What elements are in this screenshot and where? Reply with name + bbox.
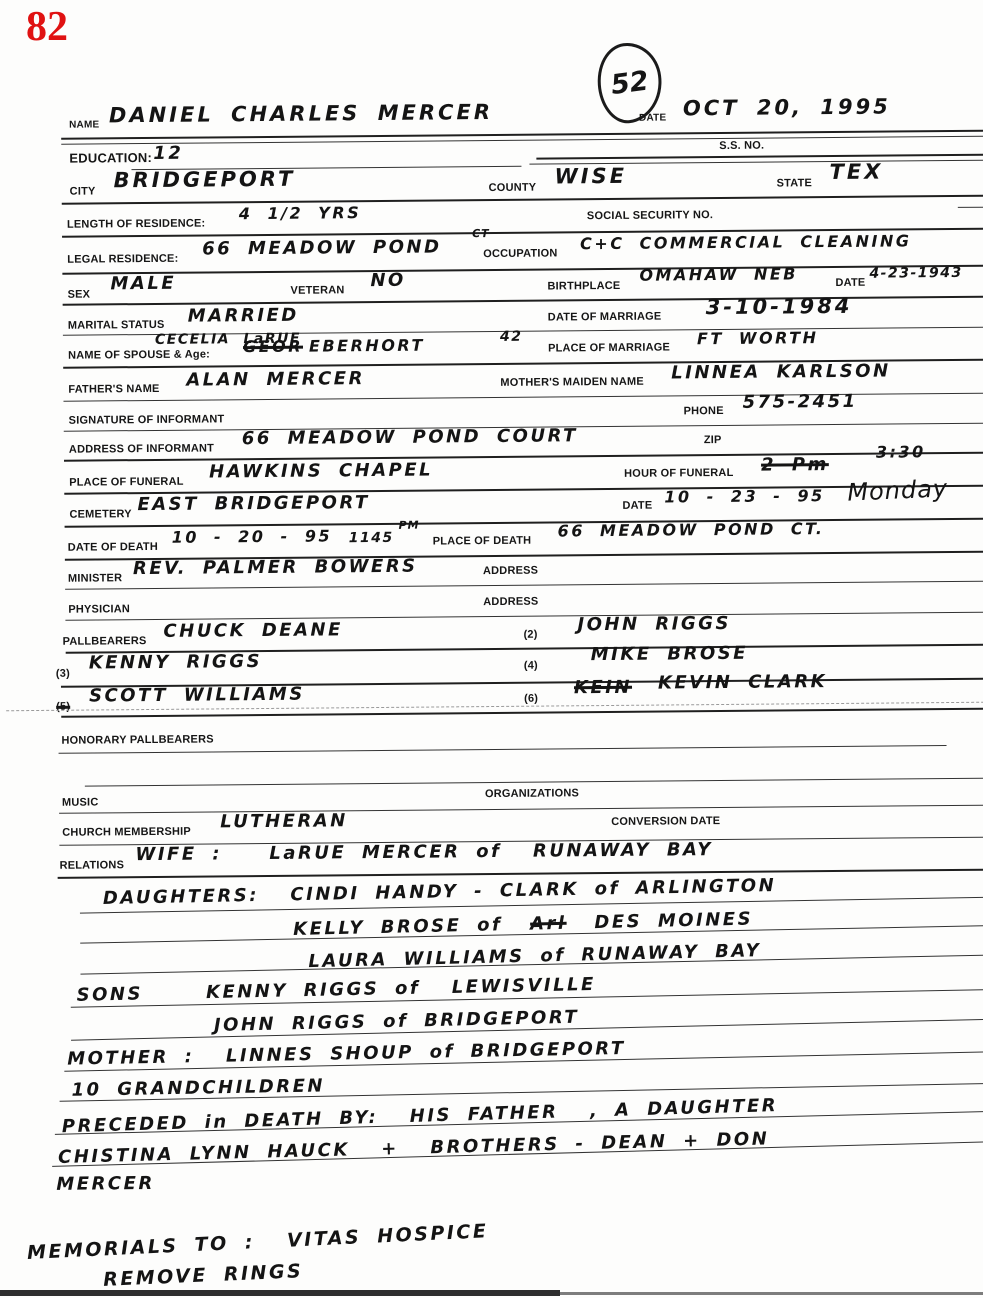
residence-length-label: LENGTH OF RESIDENCE:	[67, 219, 206, 231]
birthplace-label: BIRTHPLACE	[547, 281, 620, 293]
cemetery-label: CEMETERY	[69, 509, 131, 521]
mother-maiden-label: MOTHER'S MAIDEN NAME	[500, 377, 644, 389]
pallbearer-2-value: JOHN RIGGS	[577, 615, 731, 634]
scan-artifact	[958, 207, 983, 208]
death-date-value: 10 - 20 - 95	[172, 528, 332, 545]
relation-line-struck: Arl	[530, 913, 567, 935]
scanned-funeral-record: 82 52 NAME DANIEL CHARLES MERCER DATE OC…	[0, 0, 983, 1298]
legal-residence-value: 66 MEADOW POND	[202, 238, 441, 258]
funeral-date-value: 10 - 23 - 95	[664, 488, 824, 505]
phone-value: 575-2451	[742, 393, 857, 412]
ruled-line	[62, 195, 983, 205]
organizations-label: ORGANIZATIONS	[485, 788, 579, 800]
name-label: NAME	[69, 120, 99, 130]
pallbearer-4-value: MIKE BROSE	[591, 645, 748, 664]
circled-number-text: 52	[609, 65, 650, 101]
state-label: STATE	[777, 178, 813, 189]
education-value: 12	[153, 145, 183, 163]
spouse-struck-value: GEOR	[243, 339, 303, 356]
county-value: WISE	[554, 166, 627, 188]
relation-line: JOHN RIGGS of BRIDGEPORT	[214, 1009, 580, 1035]
zip-label: ZIP	[704, 435, 722, 446]
funeral-place-value: HAWKINS CHAPEL	[209, 462, 433, 482]
father-name-value: ALAN MERCER	[186, 370, 365, 390]
spouse-label: NAME OF SPOUSE & Age:	[68, 349, 210, 361]
birthdate-label: DATE	[835, 278, 865, 289]
ruled-line	[59, 745, 947, 754]
informant-address-label: ADDRESS OF INFORMANT	[69, 443, 214, 455]
social-security-label: SOCIAL SECURITY NO.	[587, 210, 713, 222]
honorary-pallbearers-label: HONORARY PALLBEARERS	[61, 734, 213, 746]
conversion-date-label: CONVERSION DATE	[611, 816, 720, 828]
ruled-line	[65, 612, 983, 621]
scan-edge-bar	[0, 1290, 560, 1296]
church-membership-label: CHURCH MEMBERSHIP	[62, 827, 191, 839]
form-body: 52 NAME DANIEL CHARLES MERCER DATE OCT 2…	[0, 0, 983, 1298]
education-label: EDUCATION:	[69, 151, 152, 165]
relation-line: MERCER	[56, 1175, 155, 1194]
ruled-line	[65, 581, 983, 590]
pallbearer-3-value: KENNY RIGGS	[89, 653, 262, 673]
death-date-label: DATE OF DEATH	[68, 542, 158, 554]
pallbearer-1-value: CHUCK DEANE	[163, 621, 342, 641]
minister-value: REV. PALMER BOWERS	[133, 558, 418, 578]
marriage-date-label: DATE OF MARRIAGE	[548, 312, 662, 324]
music-label: MUSIC	[62, 797, 99, 808]
ruled-line	[536, 154, 983, 160]
name-value: DANIEL CHARLES MERCER	[109, 102, 493, 126]
mother-maiden-value: LINNEA KARLSON	[671, 363, 890, 383]
pallbearer-5-number: (5)	[56, 702, 70, 713]
ruled-line	[65, 518, 983, 528]
city-label: CITY	[70, 186, 96, 197]
date-label: DATE	[639, 113, 666, 123]
relations-label: RELATIONS	[59, 860, 124, 872]
occupation-label: OCCUPATION	[483, 248, 557, 260]
legal-residence-superscript: CT	[472, 228, 490, 239]
pallbearer-6-struck-value: KEIN	[574, 679, 632, 698]
county-label: COUNTY	[489, 183, 537, 194]
pallbearer-2-number: (2)	[523, 630, 537, 641]
funeral-hour-value: 3:30	[876, 444, 926, 460]
funeral-hour-struck-value: 2 Pm	[761, 456, 829, 475]
church-membership-value: LUTHERAN	[220, 812, 348, 831]
ruled-line	[58, 869, 983, 879]
sex-value: MALE	[110, 275, 176, 294]
veteran-label: VETERAN	[290, 285, 344, 296]
sex-label: SEX	[68, 290, 91, 301]
residence-length-value: 4 1/2 YRS	[239, 205, 361, 222]
spouse-value: EBERHORT	[309, 338, 425, 355]
city-value: BRIDGEPORT	[113, 169, 295, 192]
occupation-value: C+C COMMERCIAL CLEANING	[580, 233, 911, 252]
marital-status-value: MARRIED	[188, 307, 299, 326]
father-name-label: FATHER'S NAME	[68, 384, 159, 396]
phone-label: PHONE	[684, 406, 724, 417]
relations-value: WIFE : LaRUE MERCER of RUNAWAY BAY	[135, 841, 713, 864]
state-value: TEX	[829, 162, 883, 183]
ssno-label: S.S. NO.	[719, 141, 764, 152]
legal-residence-label: LEGAL RESIDENCE:	[67, 254, 178, 266]
veteran-value: NO	[370, 272, 406, 290]
relation-line: SONS KENNY RIGGS of LEWISVILLE	[77, 976, 597, 1005]
death-place-value: 66 MEADOW POND CT.	[558, 521, 825, 539]
informant-signature-label: SIGNATURE OF INFORMANT	[69, 414, 225, 426]
date-value: OCT 20, 1995	[683, 97, 891, 120]
minister-address-label: ADDRESS	[483, 566, 538, 577]
informant-address-value: 66 MEADOW POND COURT	[242, 427, 578, 448]
remove-rings-note: REMOVE RINGS	[103, 1262, 304, 1290]
ruled-line	[85, 778, 983, 787]
pallbearer-4-number: (4)	[524, 661, 538, 672]
funeral-place-label: PLACE OF FUNERAL	[69, 477, 184, 489]
ruled-line	[61, 130, 983, 140]
pallbearer-3-number: (3)	[56, 669, 70, 680]
marriage-place-label: PLACE OF MARRIAGE	[548, 342, 670, 354]
ruled-line	[59, 805, 983, 814]
birthdate-value: 4-23-1943	[869, 266, 962, 281]
cemetery-value: EAST BRIDGEPORT	[137, 494, 370, 514]
pallbearer-6-value: KEVIN CLARK	[658, 673, 827, 692]
physician-label: PHYSICIAN	[68, 604, 130, 616]
relation-line: DAUGHTERS: CINDI HANDY - CLARK of ARLING…	[103, 877, 777, 908]
marital-status-label: MARITAL STATUS	[68, 320, 165, 332]
memorials-note: MEMORIALS TO : VITAS HOSPICE	[27, 1222, 489, 1263]
funeral-hour-label: HOUR OF FUNERAL	[624, 468, 733, 480]
death-place-label: PLACE OF DEATH	[433, 536, 532, 548]
death-time-superscript: PM	[399, 520, 420, 531]
death-time-value: 1145	[349, 531, 394, 545]
relation-line: CHISTINA LYNN HAUCK + BROTHERS - DEAN + …	[58, 1130, 770, 1167]
physician-address-label: ADDRESS	[483, 597, 538, 608]
minister-label: MINISTER	[68, 573, 122, 584]
birthplace-value: OMAHAW NEB	[639, 266, 798, 283]
marriage-date-value: 3-10-1984	[706, 296, 853, 318]
funeral-date-label: DATE	[622, 501, 652, 512]
ruled-line	[62, 265, 983, 275]
marriage-place-value: FT WORTH	[697, 330, 819, 347]
pallbearer-6-number: (6)	[524, 694, 538, 705]
pallbearer-5-value: SCOTT WILLIAMS	[89, 686, 305, 706]
spouse-age-value: 42	[500, 330, 523, 344]
pallbearers-label: PALLBEARERS	[63, 636, 147, 648]
funeral-day-value: Monday	[847, 476, 949, 504]
